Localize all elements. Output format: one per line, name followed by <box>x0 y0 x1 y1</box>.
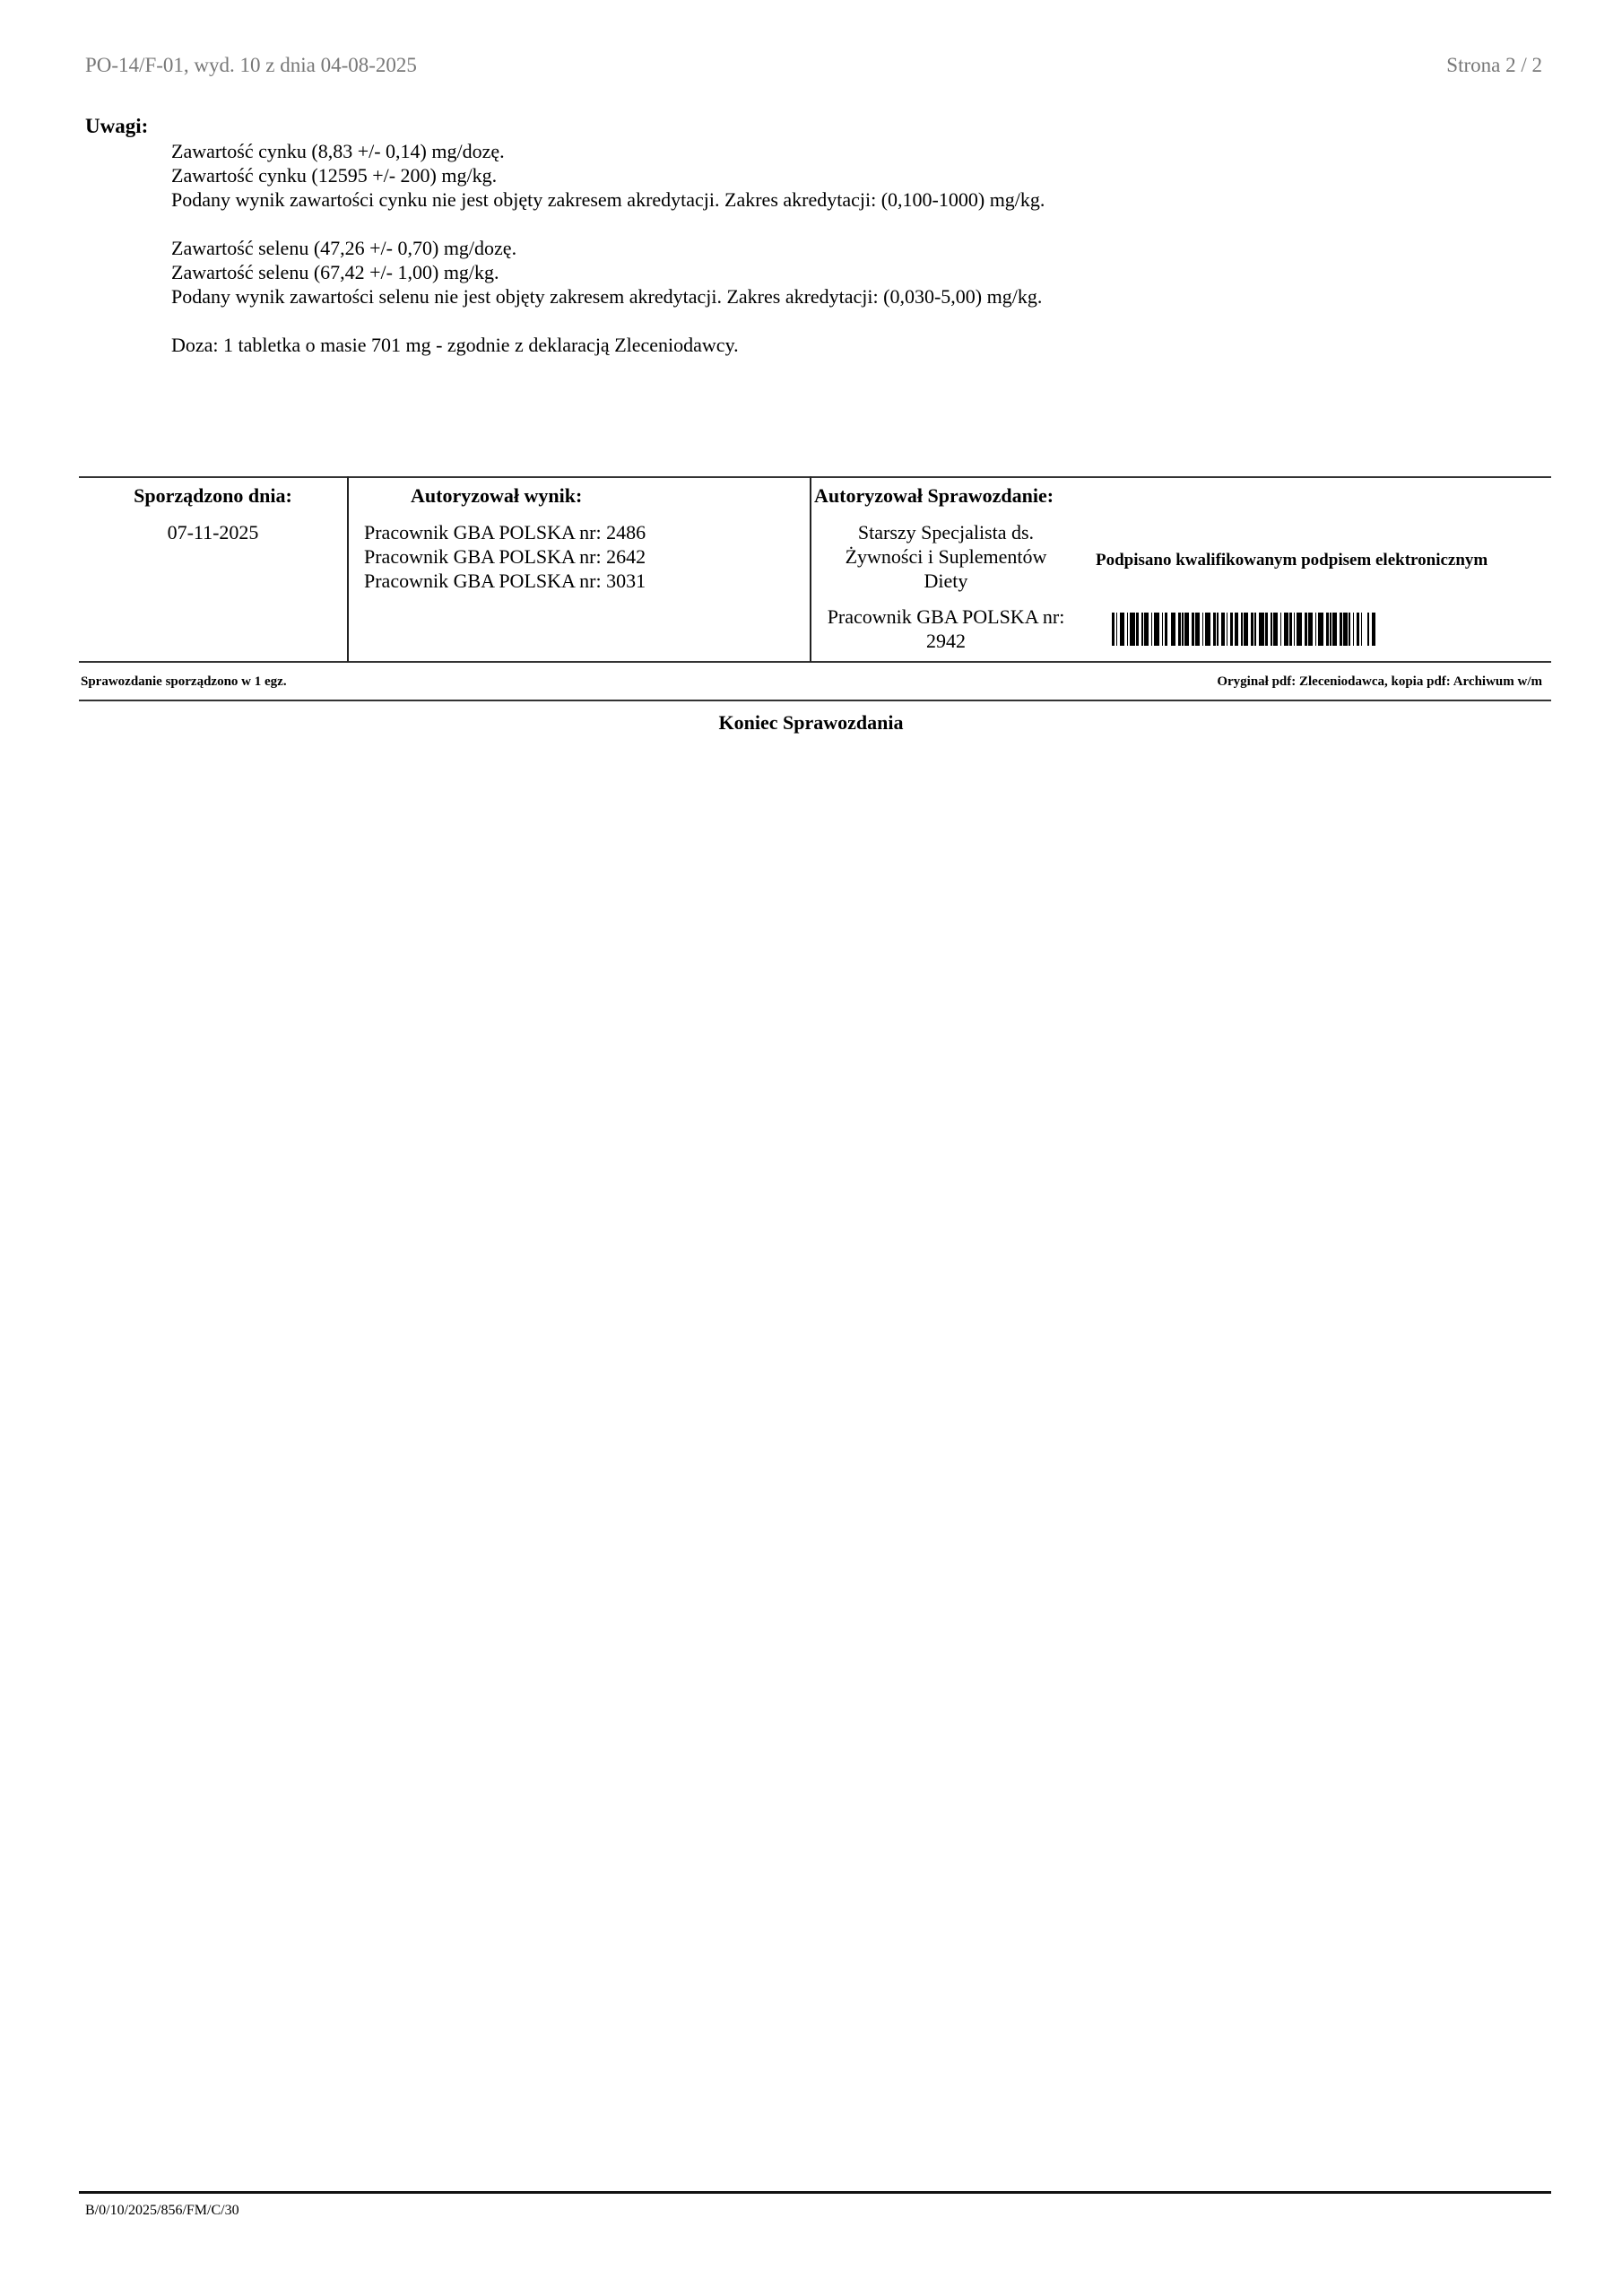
form-id: PO-14/F-01, wyd. 10 z dnia 04-08-2025 <box>85 54 417 77</box>
end-of-report: Koniec Sprawozdania <box>0 711 1622 735</box>
report-authorized-position: Starszy Specjalista ds. Żywności i Suple… <box>811 520 1080 593</box>
result-authorized-label: Autoryzował wynik: <box>411 484 582 508</box>
copies-note: Sprawozdanie sporządzono w 1 egz. <box>81 674 287 690</box>
employee-line: Pracownik GBA POLSKA nr: 2486 <box>364 520 646 544</box>
remark-spacer <box>171 309 1045 333</box>
employee-line: Pracownik GBA POLSKA nr: <box>811 604 1080 629</box>
remarks-label: Uwagi: <box>85 115 148 138</box>
report-authorized-label: Autoryzował Sprawozdanie: <box>814 484 1054 508</box>
page-number: Strona 2 / 2 <box>1446 54 1542 77</box>
table-top-border <box>79 476 1551 478</box>
position-line: Żywności i Suplementów <box>811 544 1080 569</box>
employee-line: 2942 <box>811 629 1080 653</box>
position-line: Starszy Specjalista ds. <box>811 520 1080 544</box>
notes-divider <box>79 700 1551 701</box>
position-line: Diety <box>811 569 1080 593</box>
remark-line: Zawartość cynku (12595 +/- 200) mg/kg. <box>171 163 1045 187</box>
remark-line: Doza: 1 tabletka o masie 701 mg - zgodni… <box>171 333 1045 357</box>
remark-line: Zawartość selenu (47,26 +/- 0,70) mg/doz… <box>171 236 1045 260</box>
prepared-label: Sporządzono dnia: <box>79 484 347 508</box>
remark-line: Zawartość selenu (67,42 +/- 1,00) mg/kg. <box>171 260 1045 284</box>
employee-line: Pracownik GBA POLSKA nr: 2642 <box>364 544 646 569</box>
remarks-list: Zawartość cynku (8,83 +/- 0,14) mg/dozę.… <box>171 139 1045 357</box>
table-bottom-border <box>79 661 1551 663</box>
remark-line: Podany wynik zawartości selenu nie jest … <box>171 284 1045 309</box>
prepared-date: 07-11-2025 <box>79 520 347 544</box>
footer-divider <box>79 2191 1551 2194</box>
employee-line: Pracownik GBA POLSKA nr: 3031 <box>364 569 646 593</box>
remark-line: Zawartość cynku (8,83 +/- 0,14) mg/dozę. <box>171 139 1045 163</box>
result-authorized-employees: Pracownik GBA POLSKA nr: 2486 Pracownik … <box>364 520 646 593</box>
remark-spacer <box>171 212 1045 236</box>
barcode-icon <box>1112 613 1524 646</box>
report-authorized-employee: Pracownik GBA POLSKA nr: 2942 <box>811 604 1080 653</box>
table-divider <box>347 476 349 662</box>
footer-code: B/0/10/2025/856/FM/C/30 <box>85 2203 239 2219</box>
distribution-note: Oryginał pdf: Zleceniodawca, kopia pdf: … <box>1217 674 1542 690</box>
signature-note: Podpisano kwalifikowanym podpisem elektr… <box>1096 551 1488 570</box>
remark-line: Podany wynik zawartości cynku nie jest o… <box>171 187 1045 212</box>
